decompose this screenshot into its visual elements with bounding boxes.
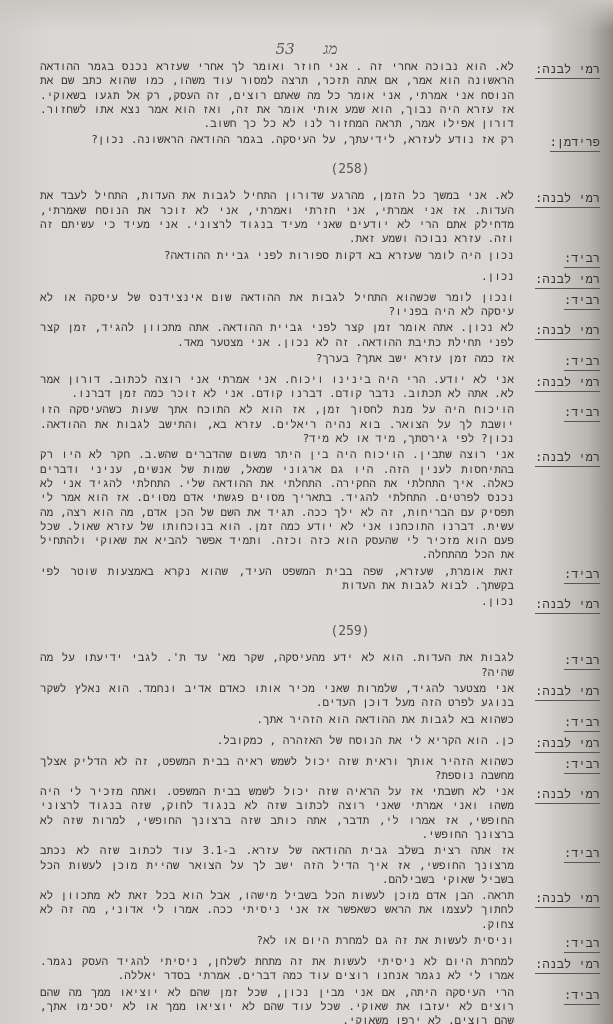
speaker-label: רביד:: [520, 755, 600, 774]
dialogue-text: למחרת היום לא ניסיתי לעשות את זה מתחת לש…: [40, 955, 520, 984]
dialogue-block: רמי לבנה:אני רוצה שתבין. הויכוח היה בין …: [40, 448, 600, 562]
dialogue-block: רמי לבנה:אני מצטער להגיד, שלמרות שאני מכ…: [40, 682, 600, 711]
dialogue-text: לא. אני במשך כל הזמן, מהרגע שדורון התחיל…: [40, 189, 520, 246]
dialogue-block: רמי לבנה:לא. הוא נבוכה אחרי זה . אני חוז…: [40, 60, 600, 131]
dialogue-block: רמי לבנה:למחרת היום לא ניסיתי לעשות את ז…: [40, 955, 600, 984]
speaker-name: רביד:: [564, 567, 600, 584]
speaker-label: רביד:: [520, 713, 600, 732]
dialogue-block: רביד:ונכון לומר שכשהוא התחיל לגבות את הה…: [40, 291, 600, 320]
speaker-name: פרידמן:: [550, 135, 600, 152]
speaker-name: רמי לבנה:: [535, 787, 600, 804]
dialogue-text: ונכון לומר שכשהוא התחיל לגבות את ההודאה …: [40, 291, 520, 320]
speaker-name: רביד:: [564, 936, 600, 953]
speaker-label: רמי לבנה:: [520, 270, 600, 289]
speaker-label: רמי לבנה:: [520, 785, 600, 804]
dialogue-block: רביד:אז אתה רצית בשלב גבית ההודאה של עזר…: [40, 844, 600, 887]
speaker-name: רביד:: [564, 988, 600, 1005]
transcript-body: רמי לבנה:לא. הוא נבוכה אחרי זה . אני חוז…: [40, 60, 600, 1024]
dialogue-text: תראה. הבן אדם מוכן לעשות הכל בשביל מישהו…: [40, 889, 520, 932]
transcript-page-number: (259): [40, 624, 600, 639]
speaker-label: רביד:: [520, 934, 600, 953]
speaker-label: רמי לבנה:: [520, 448, 600, 467]
speaker-name: רביד:: [564, 715, 600, 732]
speaker-label: רביד:: [520, 651, 600, 670]
dialogue-text: כשהוא הזהיר אותך וראית שזה יכול לשמש ראי…: [40, 755, 520, 784]
speaker-label: רביד:: [520, 352, 600, 371]
dialogue-block: רביד:נכון היה לומר שעזרא בא דקות ספורות …: [40, 249, 600, 268]
dialogue-text: רק אז נודע לעזרא, לידיעתך, על העיסקה. בג…: [40, 133, 520, 147]
dialogue-block: רמי לבנה:לא נכון. אתה אומר זמן קצר לפני …: [40, 321, 600, 350]
dialogue-block: רמי לבנה:לא. אני במשך כל הזמן, מהרגע שדו…: [40, 189, 600, 246]
dialogue-text: אז אתה רצית בשלב גבית ההודאה של עזרא. ב-…: [40, 844, 520, 887]
speaker-name: רמי לבנה:: [535, 191, 600, 208]
speaker-name: רביד:: [564, 354, 600, 371]
speaker-label: רביד:: [520, 844, 600, 863]
speaker-label: רמי לבנה:: [520, 889, 600, 908]
hebrew-page-number: מג: [324, 40, 338, 58]
speaker-label: פרידמן:: [520, 133, 600, 152]
speaker-label: רמי לבנה:: [520, 734, 600, 753]
speaker-name: רמי לבנה:: [535, 375, 600, 392]
speaker-name: רמי לבנה:: [535, 272, 600, 289]
speaker-label: רמי לבנה:: [520, 321, 600, 340]
speaker-name: רמי לבנה:: [535, 957, 600, 974]
dialogue-text: הרי העיסקה היתה, אם אני מבין נכון, שכל ז…: [40, 986, 520, 1024]
speaker-label: רמי לבנה:: [520, 595, 600, 614]
speaker-name: רביד:: [564, 653, 600, 670]
dialogue-text: נכון היה לומר שעזרא בא דקות ספורות לפני …: [40, 249, 520, 263]
speaker-name: רמי לבנה:: [535, 684, 600, 701]
dialogue-block: רביד:לגבות את העדות. הוא לא ידע מהעיסקה,…: [40, 651, 600, 680]
dialogue-block: רביד:הרי העיסקה היתה, אם אני מבין נכון, …: [40, 986, 600, 1024]
dialogue-text: וניסית לעשות את זה גם למחרת היום או לא?: [40, 934, 520, 948]
dialogue-block: רביד:זאת אומרת, שעזרא, שפה בבית המשפט הע…: [40, 565, 600, 594]
speaker-name: רמי לבנה:: [535, 323, 600, 340]
speaker-name: רמי לבנה:: [535, 736, 600, 753]
page-number: 53: [276, 40, 295, 58]
dialogue-text: אני לא יודע. הרי היה בינינו ויכוח. אני א…: [40, 373, 520, 402]
speaker-label: רביד:: [520, 403, 600, 422]
dialogue-block: רמי לבנה:נכון.: [40, 595, 600, 614]
dialogue-text: אני מצטער להגיד, שלמרות שאני מכיר אותו כ…: [40, 682, 520, 711]
dialogue-text: לגבות את העדות. הוא לא ידע מהעיסקה, שקר …: [40, 651, 520, 680]
dialogue-block: רביד:אז כמה זמן עזרא ישב אתך? בערך?: [40, 352, 600, 371]
dialogue-text: זאת אומרת, שעזרא, שפה בבית המשפט העיד, ש…: [40, 565, 520, 594]
speaker-label: רביד:: [520, 565, 600, 584]
speaker-name: רביד:: [564, 405, 600, 422]
dialogue-text: לא נכון. אתה אומר זמן קצר לפני גביית ההו…: [40, 321, 520, 350]
handwritten-page-number: 53 מג: [0, 40, 613, 59]
speaker-name: רביד:: [564, 251, 600, 268]
speaker-label: רמי לבנה:: [520, 682, 600, 701]
speaker-name: רמי לבנה:: [535, 891, 600, 908]
speaker-name: רמי לבנה:: [535, 450, 600, 467]
speaker-name: רמי לבנה:: [535, 62, 600, 79]
speaker-name: רביד:: [564, 757, 600, 774]
dialogue-block: רמי לבנה:אני לא חשבתי אז על הראיה שזה יכ…: [40, 785, 600, 842]
dialogue-text: נכון.: [40, 270, 520, 284]
page-top-shadow: [0, 0, 613, 30]
speaker-label: רביד:: [520, 291, 600, 310]
dialogue-block: רביד:הויכוח היה על מנת לחסוך זמן, אז הוא…: [40, 403, 600, 446]
speaker-label: רמי לבנה:: [520, 189, 600, 208]
dialogue-block: רמי לבנה:כן. הוא הקריא לי את הנוסח של הא…: [40, 734, 600, 753]
dialogue-block: רביד:וניסית לעשות את זה גם למחרת היום או…: [40, 934, 600, 953]
dialogue-block: רמי לבנה:נכון.: [40, 270, 600, 289]
speaker-label: רביד:: [520, 986, 600, 1005]
speaker-name: רביד:: [564, 293, 600, 310]
speaker-name: רביד:: [564, 846, 600, 863]
dialogue-block: רביד:כשהוא בא לגבות את ההודאה הוא הזהיר …: [40, 713, 600, 732]
speaker-label: רמי לבנה:: [520, 60, 600, 79]
speaker-label: רביד:: [520, 249, 600, 268]
dialogue-block: רביד:כשהוא הזהיר אותך וראית שזה יכול לשמ…: [40, 755, 600, 784]
dialogue-text: אני לא חשבתי אז על הראיה שזה יכול לשמש ב…: [40, 785, 520, 842]
dialogue-text: כשהוא בא לגבות את ההודאה הוא הזהיר אתך.: [40, 713, 520, 727]
dialogue-block: רמי לבנה:אני לא יודע. הרי היה בינינו ויכ…: [40, 373, 600, 402]
dialogue-text: כן. הוא הקריא לי את הנוסח של האזהרה , כמ…: [40, 734, 520, 748]
dialogue-block: פרידמן:רק אז נודע לעזרא, לידיעתך, על העי…: [40, 133, 600, 152]
dialogue-text: נכון.: [40, 595, 520, 609]
dialogue-text: אני רוצה שתבין. הויכוח היה בין היתר משום…: [40, 448, 520, 562]
dialogue-text: אז כמה זמן עזרא ישב אתך? בערך?: [40, 352, 520, 366]
speaker-label: רמי לבנה:: [520, 955, 600, 974]
dialogue-text: לא. הוא נבוכה אחרי זה . אני חוזר ואומר ל…: [40, 60, 520, 131]
dialogue-text: הויכוח היה על מנת לחסוך זמן, אז הוא לא ה…: [40, 403, 520, 446]
speaker-label: רמי לבנה:: [520, 373, 600, 392]
transcript-page-number: (258): [40, 162, 600, 177]
speaker-name: רמי לבנה:: [535, 597, 600, 614]
dialogue-block: רמי לבנה:תראה. הבן אדם מוכן לעשות הכל בש…: [40, 889, 600, 932]
